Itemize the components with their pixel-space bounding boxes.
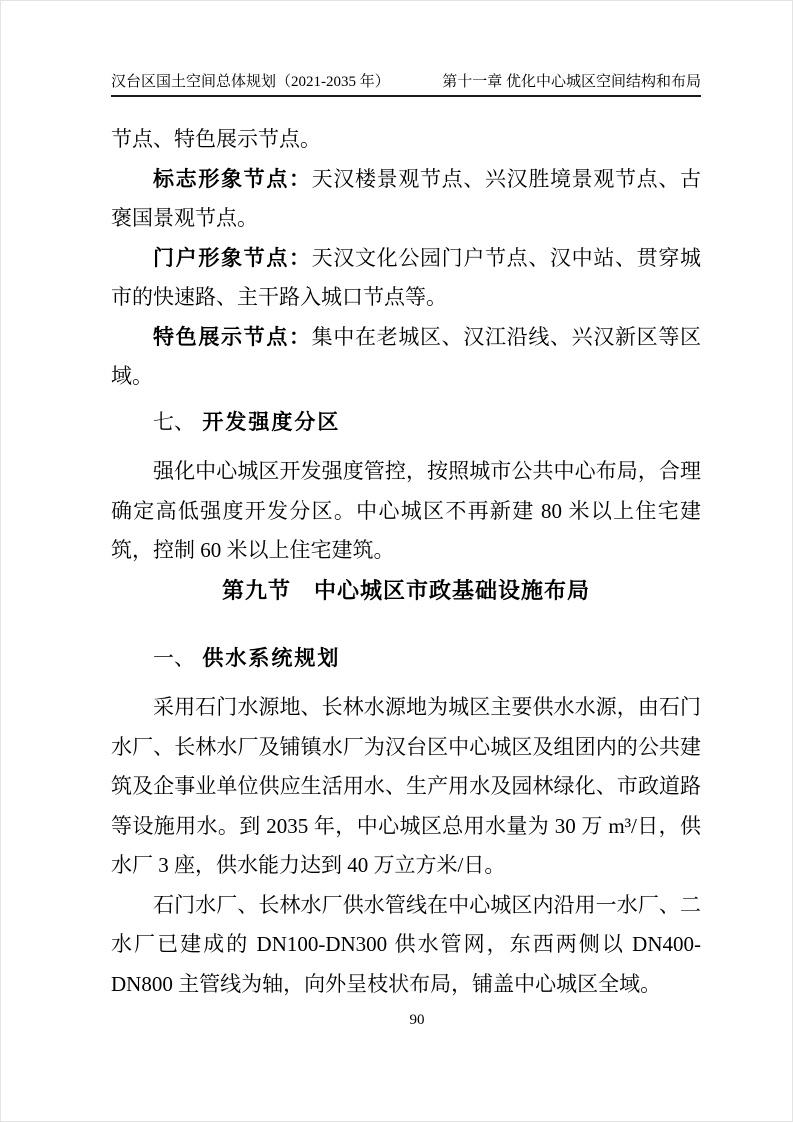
header-chapter-title: 第十一章 优化中心城区空间结构和布局 [442, 73, 701, 91]
water-supply-text: 采用石门水源地、长林水源地为城区主要供水水源，由石门水厂、长林水厂及铺镇水厂为汉… [111, 695, 701, 877]
header-document-title: 汉台区国土空间总体规划（2021-2035 年） [111, 73, 390, 91]
continuation-text: 节点、特色展示节点。 [111, 127, 321, 151]
heading-seven-number: 七、 [153, 410, 195, 434]
paragraph-water-supply: 采用石门水源地、长林水源地为城区主要供水水源，由石门水厂、长林水厂及铺镇水厂为汉… [111, 688, 701, 886]
heading-seven-title: 开发强度分区 [202, 411, 340, 434]
paragraph-pipeline-network: 石门水厂、长林水厂供水管线在中心城区内沿用一水厂、二水厂已建成的 DN100-D… [111, 886, 701, 1005]
gateway-nodes-label: 门户形象节点： [153, 247, 312, 270]
heading-section-nine: 第九节 中心城区市政基础设施布局 [111, 571, 701, 611]
heading-development-intensity: 七、开发强度分区 [111, 403, 701, 443]
feature-nodes-label: 特色展示节点： [153, 326, 312, 349]
paragraph-intensity-control: 强化中心城区开发强度管控，按照城市公共中心布局，合理确定高低强度开发分区。中心城… [111, 452, 701, 571]
landmark-nodes-label: 标志形象节点： [153, 168, 312, 191]
paragraph-continuation: 节点、特色展示节点。 [111, 120, 701, 160]
page-footer: 90 [111, 1011, 723, 1029]
paragraph-gateway-nodes: 门户形象节点：天汉文化公园门户节点、汉中站、贯穿城市的快速路、主干路入城口节点等… [111, 239, 701, 318]
paragraph-landmark-nodes: 标志形象节点：天汉楼景观节点、兴汉胜境景观节点、古褒国景观节点。 [111, 160, 701, 239]
document-page: 汉台区国土空间总体规划（2021-2035 年） 第十一章 优化中心城区空间结构… [0, 0, 793, 1122]
intensity-control-text: 强化中心城区开发强度管控，按照城市公共中心布局，合理确定高低强度开发分区。中心城… [111, 459, 701, 562]
heading-water-title: 供水系统规划 [202, 647, 340, 670]
document-body: 节点、特色展示节点。 标志形象节点：天汉楼景观节点、兴汉胜境景观节点、古褒国景观… [111, 120, 701, 1004]
pipeline-network-text: 石门水厂、长林水厂供水管线在中心城区内沿用一水厂、二水厂已建成的 DN100-D… [111, 893, 701, 996]
heading-water-number: 一、 [153, 646, 195, 670]
paragraph-feature-nodes: 特色展示节点：集中在老城区、汉江沿线、兴汉新区等区域。 [111, 318, 701, 397]
heading-water-supply-plan: 一、供水系统规划 [111, 639, 701, 679]
page-number: 90 [410, 1012, 425, 1028]
running-header: 汉台区国土空间总体规划（2021-2035 年） 第十一章 优化中心城区空间结构… [111, 73, 701, 97]
